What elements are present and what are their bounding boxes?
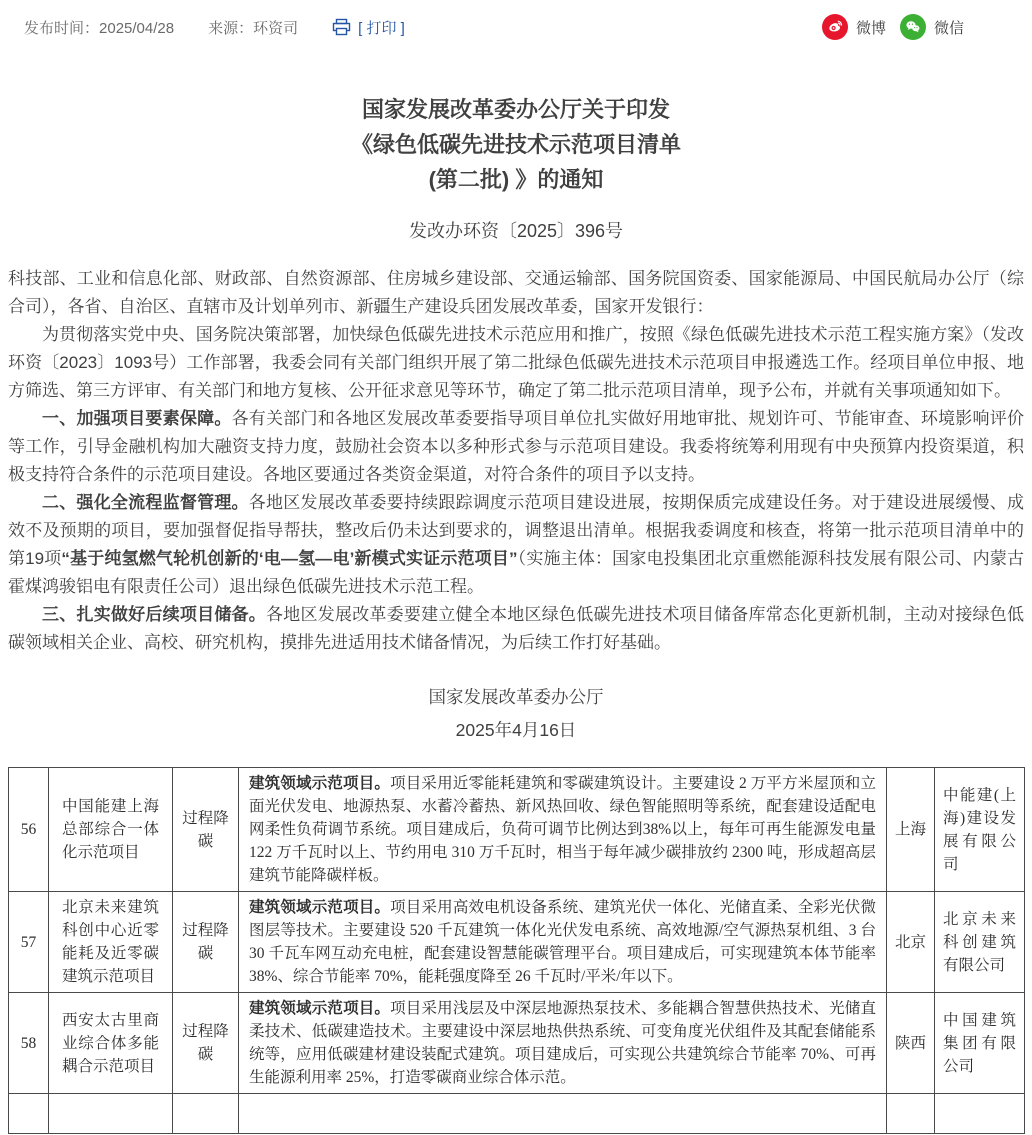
print-label[interactable]: [ 打印 ]: [358, 17, 405, 38]
project-list-table: 56 中国能建上海总部综合一体化示范项目 过程降碳 建筑领域示范项目。项目采用近…: [8, 767, 1025, 1134]
cell-type: 过程降碳: [173, 892, 239, 993]
wechat-icon[interactable]: [900, 14, 926, 40]
cell-type: 过程降碳: [173, 993, 239, 1094]
share-weibo[interactable]: 微博: [822, 14, 886, 40]
cell-description: 建筑领域示范项目。项目采用近零能耗建筑和零碳建筑设计。主要建设 2 万平方米屋顶…: [239, 768, 887, 892]
article-meta-bar: 发布时间：2025/04/28 来源：环资司 [ 打印 ]: [0, 0, 1032, 50]
weibo-label[interactable]: 微博: [856, 17, 886, 38]
cell-company: 中国建筑集团有限公司: [935, 993, 1025, 1094]
document-body: 科技部、工业和信息化部、财政部、自然资源部、住房城乡建设部、交通运输部、国务院国…: [8, 265, 1024, 657]
cell-project-name: 中国能建上海总部综合一体化示范项目: [49, 768, 173, 892]
signature-block: 国家发展改革委办公厅 2025年4月16日: [0, 681, 1032, 747]
publish-time: 发布时间：2025/04/28: [24, 17, 174, 38]
share-wechat[interactable]: 微信: [900, 14, 964, 40]
wechat-label[interactable]: 微信: [934, 17, 964, 38]
printer-icon: [332, 18, 351, 36]
paragraph-bold-project: “基于纯氢燃气轮机创新的‘电—氢—电’新模式实证示范项目”: [61, 549, 517, 568]
cell-company: 中能建(上海)建设发展有限公司: [935, 768, 1025, 892]
cell-region: 陕西: [887, 993, 935, 1094]
description-lead: 建筑领域示范项目。: [249, 1000, 390, 1017]
cell-number: [9, 1094, 49, 1134]
paragraph-intro: 为贯彻落实党中央、国务院决策部署，加快绿色低碳先进技术示范应用和推广，按照《绿色…: [8, 321, 1024, 405]
paragraph-salutation: 科技部、工业和信息化部、财政部、自然资源部、住房城乡建设部、交通运输部、国务院国…: [8, 265, 1024, 321]
cell-number: 57: [9, 892, 49, 993]
cell-number: 58: [9, 993, 49, 1094]
signature-org: 国家发展改革委办公厅: [0, 681, 1032, 714]
description-lead: 建筑领域示范项目。: [249, 775, 390, 792]
document-number: 发改办环资〔2025〕396号: [0, 217, 1032, 243]
table-row: 56 中国能建上海总部综合一体化示范项目 过程降碳 建筑领域示范项目。项目采用近…: [9, 768, 1025, 892]
cell-project-name: 西安太古里商业综合体多能耦合示范项目: [49, 993, 173, 1094]
document-title-line3: (第二批) 》的通知: [0, 162, 1032, 197]
cell-region: [887, 1094, 935, 1134]
cell-number: 56: [9, 768, 49, 892]
cell-company: [935, 1094, 1025, 1134]
cell-type: [173, 1094, 239, 1134]
document-title-line2: 《绿色低碳先进技术示范项目清单: [0, 127, 1032, 162]
document-title: 国家发展改革委办公厅关于印发 《绿色低碳先进技术示范项目清单 (第二批) 》的通…: [0, 92, 1032, 197]
paragraph-item-1: 一、加强项目要素保障。各有关部门和各地区发展改革委要指导项目单位扎实做好用地审批…: [8, 405, 1024, 489]
cell-region: 北京: [887, 892, 935, 993]
source-label: 来源：: [208, 20, 253, 37]
cell-project-name: [49, 1094, 173, 1134]
cell-description: 建筑领域示范项目。项目采用浅层及中深层地源热泵技术、多能耦合智慧供热技术、光储直…: [239, 993, 887, 1094]
paragraph-lead: 一、加强项目要素保障。: [42, 409, 232, 428]
paragraph-lead: 二、强化全流程监督管理。: [42, 493, 249, 512]
paragraph-text: 为贯彻落实党中央、国务院决策部署，加快绿色低碳先进技术示范应用和推广，按照《绿色…: [8, 325, 1024, 400]
paragraph-lead: 三、扎实做好后续项目储备。: [42, 605, 266, 624]
description-lead: 建筑领域示范项目。: [249, 899, 390, 916]
document-title-line1: 国家发展改革委办公厅关于印发: [0, 92, 1032, 127]
table-row: 57 北京未来建筑科创中心近零能耗及近零碳建筑示范项目 过程降碳 建筑领域示范项…: [9, 892, 1025, 993]
paragraph-text: 科技部、工业和信息化部、财政部、自然资源部、住房城乡建设部、交通运输部、国务院国…: [8, 269, 1024, 316]
cell-company: 北京未来科创建筑有限公司: [935, 892, 1025, 993]
publish-time-value: 2025/04/28: [99, 20, 174, 37]
table-row: 58 西安太古里商业综合体多能耦合示范项目 过程降碳 建筑领域示范项目。项目采用…: [9, 993, 1025, 1094]
source-value: 环资司: [253, 20, 298, 37]
cell-type: 过程降碳: [173, 768, 239, 892]
print-button[interactable]: [ 打印 ]: [332, 17, 405, 38]
paragraph-item-3: 三、扎实做好后续项目储备。各地区发展改革委要建立健全本地区绿色低碳先进技术项目储…: [8, 601, 1024, 657]
table-row-partial: [9, 1094, 1025, 1134]
cell-description: [239, 1094, 887, 1134]
weibo-icon[interactable]: [822, 14, 848, 40]
publish-time-label: 发布时间：: [24, 20, 99, 37]
signature-date: 2025年4月16日: [0, 714, 1032, 747]
paragraph-item-2: 二、强化全流程监督管理。各地区发展改革委要持续跟踪调度示范项目建设进展，按期保质…: [8, 489, 1024, 601]
cell-region: 上海: [887, 768, 935, 892]
cell-project-name: 北京未来建筑科创中心近零能耗及近零碳建筑示范项目: [49, 892, 173, 993]
source: 来源：环资司: [208, 17, 298, 38]
cell-description: 建筑领域示范项目。项目采用高效电机设备系统、建筑光伏一体化、光储直柔、全彩光伏微…: [239, 892, 887, 993]
